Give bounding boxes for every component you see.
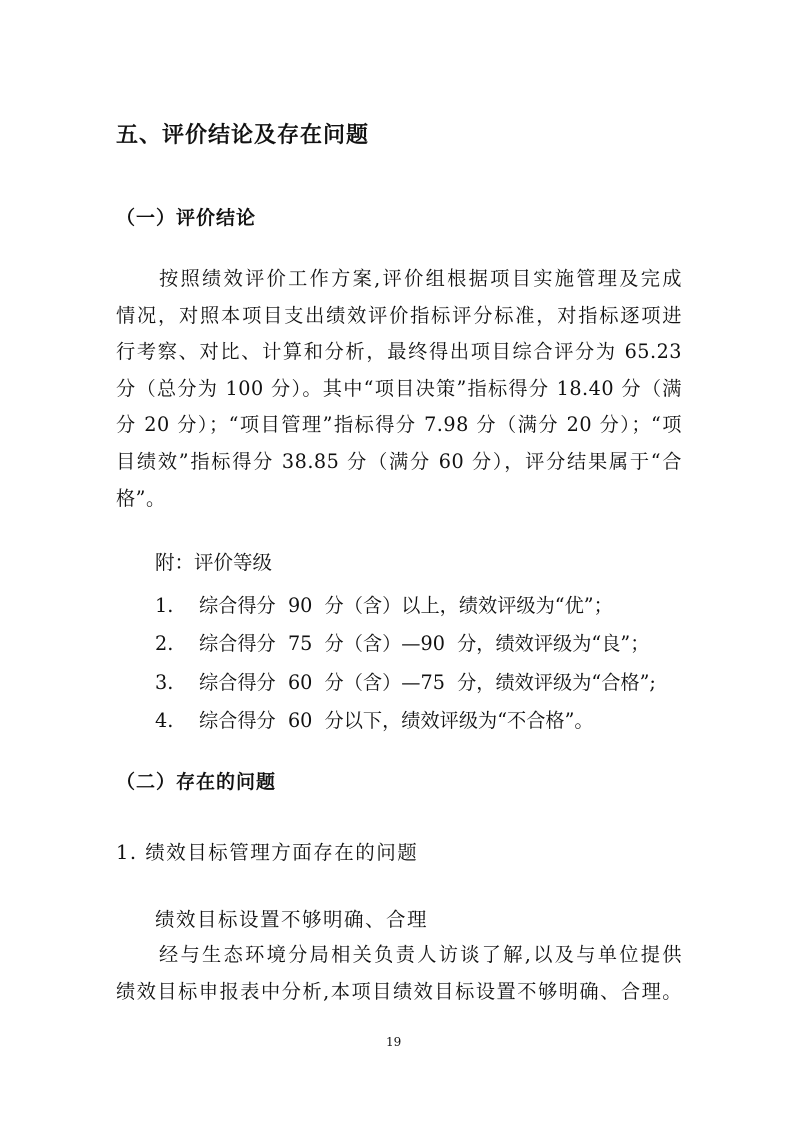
subsection-heading-conclusion: （一）评价结论 (116, 203, 256, 230)
paragraph-line: 按照绩效评价工作方案,评价组根据项目实施管理及完成 (116, 261, 682, 298)
grade-number: 4. (155, 709, 199, 732)
grade-text: 综合得分 60 分（含）—75 分，绩效评级为“合格”; (199, 671, 656, 694)
issue-subtitle: 绩效目标设置不够明确、合理 (155, 902, 428, 939)
issue-paragraph: 经与生态环境分局相关负责人访谈了解,以及与单位提供 绩效目标申报表中分析,本项目… (116, 937, 682, 1010)
conclusion-paragraph: 按照绩效评价工作方案,评价组根据项目实施管理及完成 情况，对照本项目支出绩效评价… (116, 261, 682, 517)
grade-text: 综合得分 90 分（含）以上，绩效评级为“优”； (199, 594, 613, 617)
page-number: 19 (386, 1035, 401, 1049)
grade-item-1: 1.综合得分 90 分（含）以上，绩效评级为“优”； (155, 591, 613, 618)
grade-number: 1. (155, 594, 199, 617)
paragraph-line: 绩效目标申报表中分析,本项目绩效目标设置不够明确、合理。 (116, 974, 682, 1011)
grade-text: 综合得分 75 分（含）—90 分，绩效评级为“良”； (199, 632, 649, 655)
paragraph-line: 目绩效”指标得分 38.85 分（满分 60 分），评分结果属于“合 (116, 444, 682, 481)
paragraph-line: 格”。 (116, 481, 682, 518)
subsection-heading-issues: （二）存在的问题 (116, 767, 276, 794)
grade-item-3: 3.综合得分 60 分（含）—75 分，绩效评级为“合格”; (155, 668, 656, 695)
grade-number: 2. (155, 632, 199, 655)
grade-item-4: 4.综合得分 60 分以下，绩效评级为“不合格”。 (155, 706, 594, 733)
paragraph-line: 行考察、对比、计算和分析，最终得出项目综合评分为 65.23 (116, 334, 682, 371)
grade-item-2: 2.综合得分 75 分（含）—90 分，绩效评级为“良”； (155, 629, 649, 656)
paragraph-line: 分 20 分）；“项目管理”指标得分 7.98 分（满分 20 分）；“项 (116, 407, 682, 444)
paragraph-line: 经与生态环境分局相关负责人访谈了解,以及与单位提供 (116, 937, 682, 974)
paragraph-line: 情况，对照本项目支出绩效评价指标评分标准，对指标逐项进 (116, 298, 682, 335)
paragraph-line: 分（总分为 100 分）。其中“项目决策”指标得分 18.40 分（满 (116, 371, 682, 408)
issue-item-title: 1. 绩效目标管理方面存在的问题 (116, 835, 418, 872)
appendix-label: 附：评价等级 (155, 545, 272, 582)
grade-text: 综合得分 60 分以下，绩效评级为“不合格”。 (199, 709, 594, 732)
grade-number: 3. (155, 671, 199, 694)
section-heading: 五、评价结论及存在问题 (116, 118, 369, 149)
